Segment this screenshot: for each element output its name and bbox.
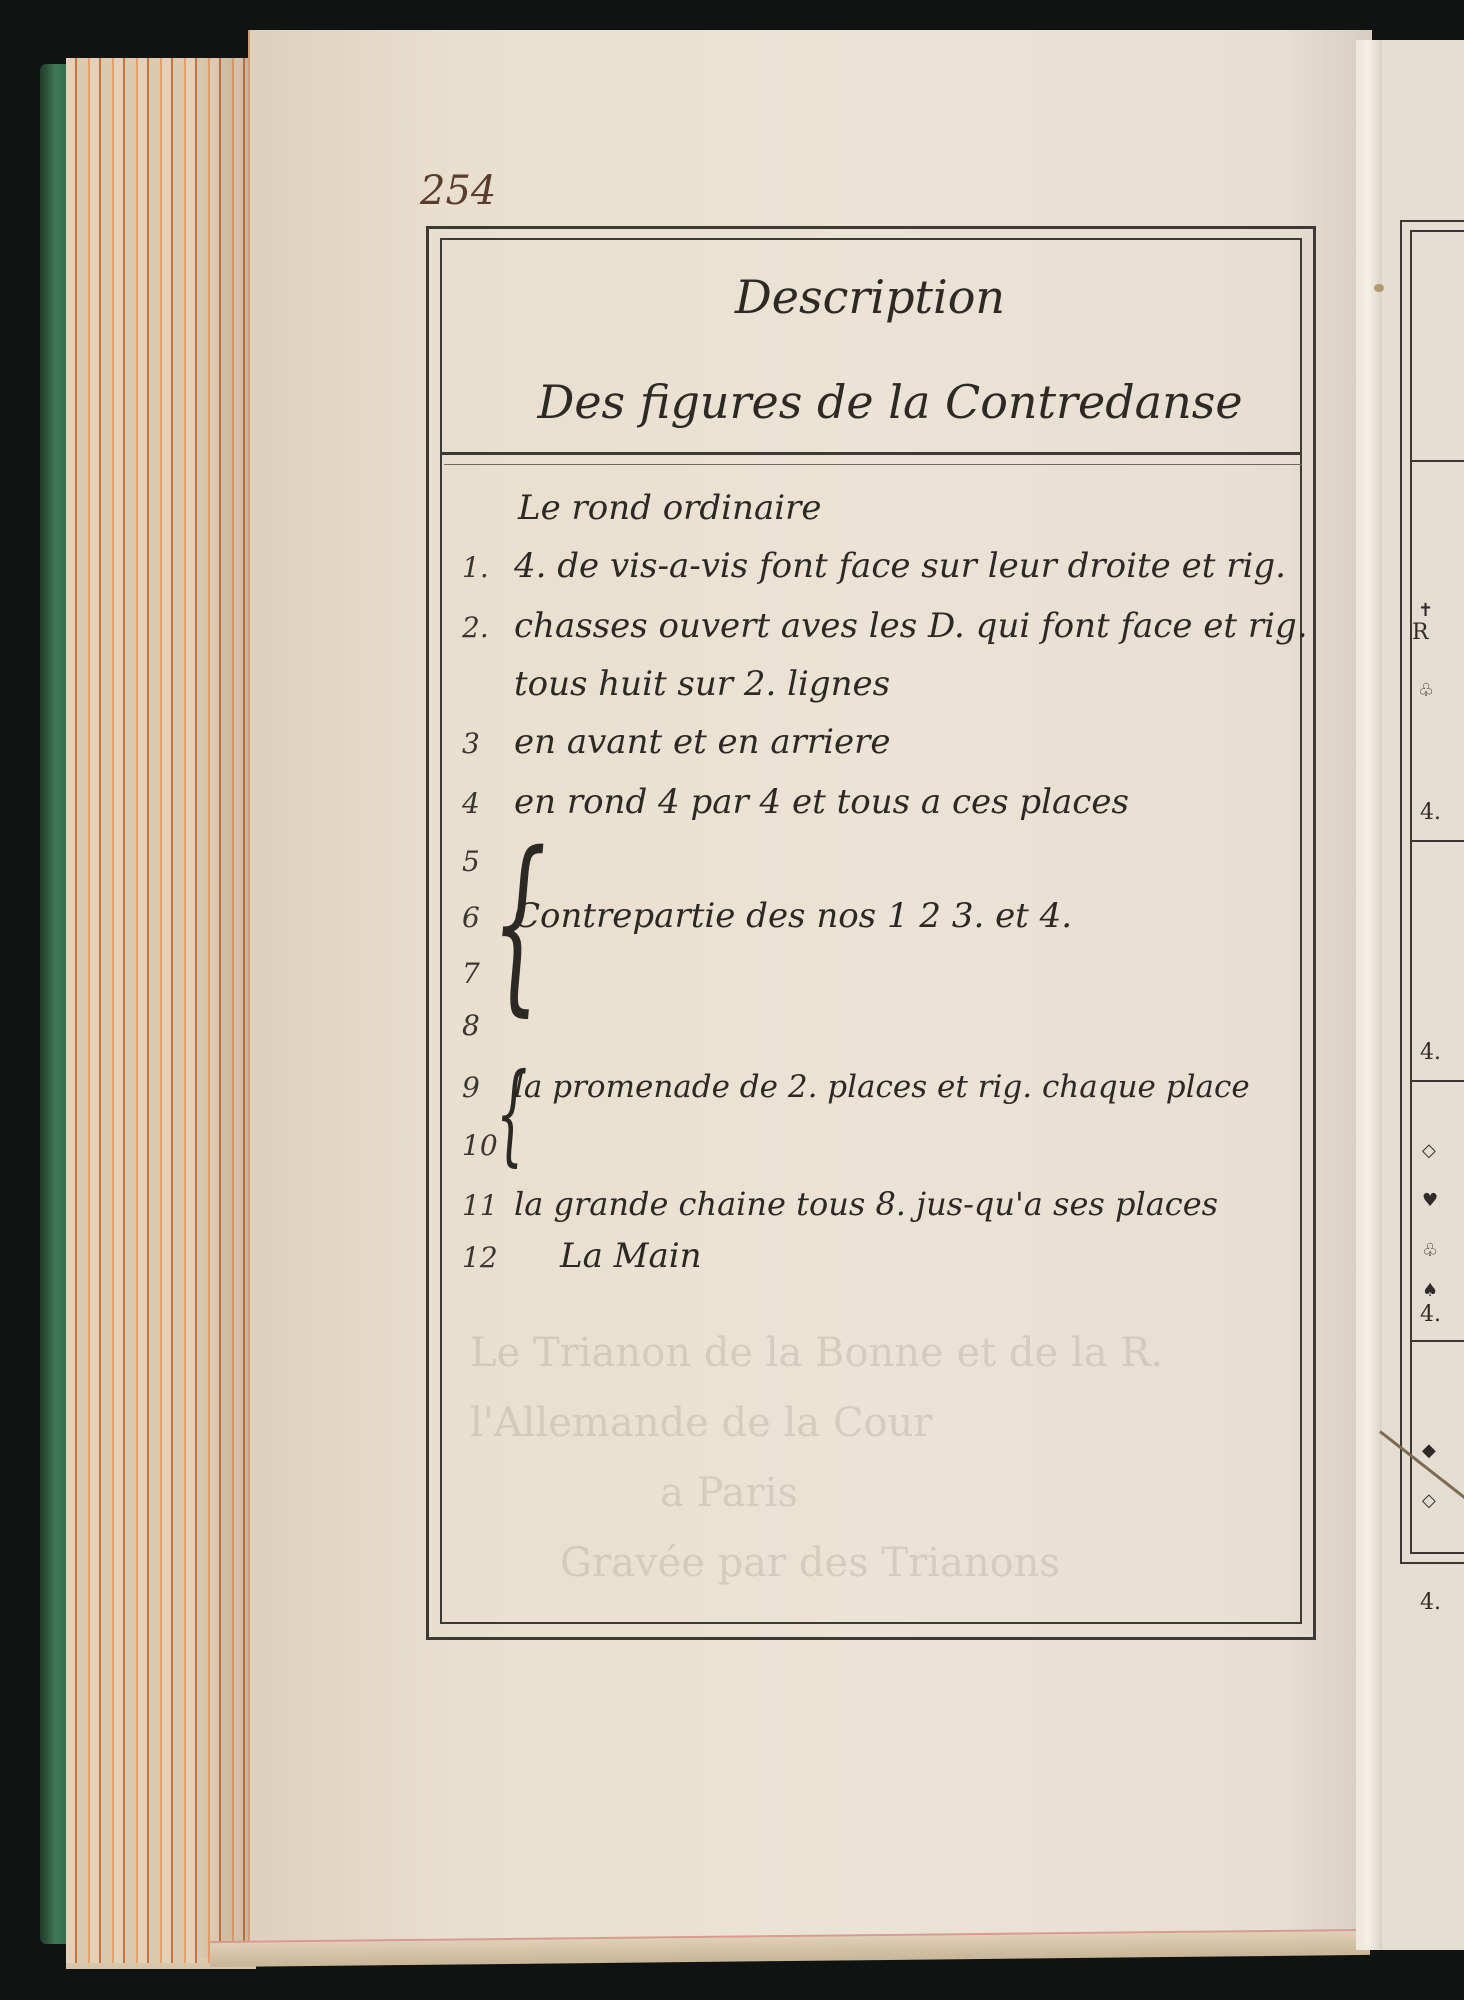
- title-description: Description: [440, 270, 1300, 324]
- subheading: Le rond ordinaire: [518, 488, 821, 528]
- list-item: 11la grande chaine tous 8. jus-qu'a ses …: [462, 1184, 1218, 1224]
- facing-page-letter: R: [1412, 620, 1429, 645]
- list-item: 9la promenade de 2. places et rig. chaqu…: [462, 1066, 1250, 1106]
- diamond-symbol-icon: ◇: [1422, 1140, 1436, 1161]
- curly-brace-icon: {: [496, 1058, 528, 1168]
- list-item: 12La Main: [462, 1236, 702, 1276]
- item-text: chasses ouvert aves les D. qui font face…: [514, 606, 1308, 646]
- diamond-symbol-icon: ◇: [1422, 1490, 1436, 1511]
- facing-page-rule: [1410, 840, 1464, 842]
- club-symbol-icon: ♧: [1418, 680, 1434, 701]
- diamond-filled-symbol-icon: ◆: [1422, 1440, 1436, 1461]
- item-number: 12: [462, 1241, 514, 1274]
- item-text: Contrepartie des nos 1 2 3. et 4.: [514, 896, 1072, 936]
- facing-page-number: 4.: [1420, 1302, 1441, 1327]
- list-item: 2.chasses ouvert aves les D. qui font fa…: [462, 606, 1308, 646]
- title-figures: Des figures de la Contredanse: [440, 375, 1320, 429]
- paper-stain: [1374, 284, 1384, 292]
- list-item: tous huit sur 2. lignes: [462, 664, 890, 704]
- page-number: 254: [420, 168, 496, 214]
- facing-page-number: 4.: [1420, 1040, 1441, 1065]
- item-text: tous huit sur 2. lignes: [514, 664, 890, 704]
- item-text: en avant et en arriere: [514, 722, 891, 762]
- curly-brace-icon: {: [492, 828, 546, 1018]
- title-divider-thin: [444, 464, 1302, 465]
- book-gutter: [1356, 40, 1382, 1950]
- facing-page-number: 4.: [1420, 1590, 1441, 1615]
- heart-symbol-icon: ♥: [1422, 1190, 1438, 1211]
- item-text: la grande chaine tous 8. jus-qu'a ses pl…: [514, 1185, 1218, 1223]
- list-item: 1.4. de vis-a-vis font face sur leur dro…: [462, 546, 1286, 586]
- item-number: 2.: [462, 611, 514, 644]
- facing-page-rule: [1410, 1080, 1464, 1082]
- list-item: 6Contrepartie des nos 1 2 3. et 4.: [462, 896, 1072, 936]
- item-text: La Main: [514, 1236, 702, 1276]
- title-divider: [440, 452, 1302, 455]
- facing-page-rule: [1410, 1340, 1464, 1342]
- facing-page-frame-inner: [1410, 230, 1464, 1554]
- item-number: 3: [462, 727, 514, 760]
- spade-symbol-icon: ♠: [1422, 1280, 1438, 1301]
- club-symbol-icon: ♧: [1422, 1240, 1438, 1261]
- list-item: 3en avant et en arriere: [462, 722, 891, 762]
- facing-page-number: 4.: [1420, 800, 1441, 825]
- list-item: 4en rond 4 par 4 et tous a ces places: [462, 782, 1129, 822]
- facing-page: R 4. 4. 4. 4. ♧ ✝ ◇ ♥ ♧ ♠ ◆ ◇: [1382, 40, 1464, 1950]
- item-text: 4. de vis-a-vis font face sur leur droit…: [514, 546, 1286, 586]
- item-number: 11: [462, 1189, 514, 1222]
- item-text: en rond 4 par 4 et tous a ces places: [514, 782, 1129, 822]
- item-text: la promenade de 2. places et rig. chaque…: [514, 1069, 1250, 1105]
- facing-page-rule: [1410, 460, 1464, 462]
- item-number: 1.: [462, 551, 514, 584]
- cross-symbol-icon: ✝: [1418, 600, 1433, 621]
